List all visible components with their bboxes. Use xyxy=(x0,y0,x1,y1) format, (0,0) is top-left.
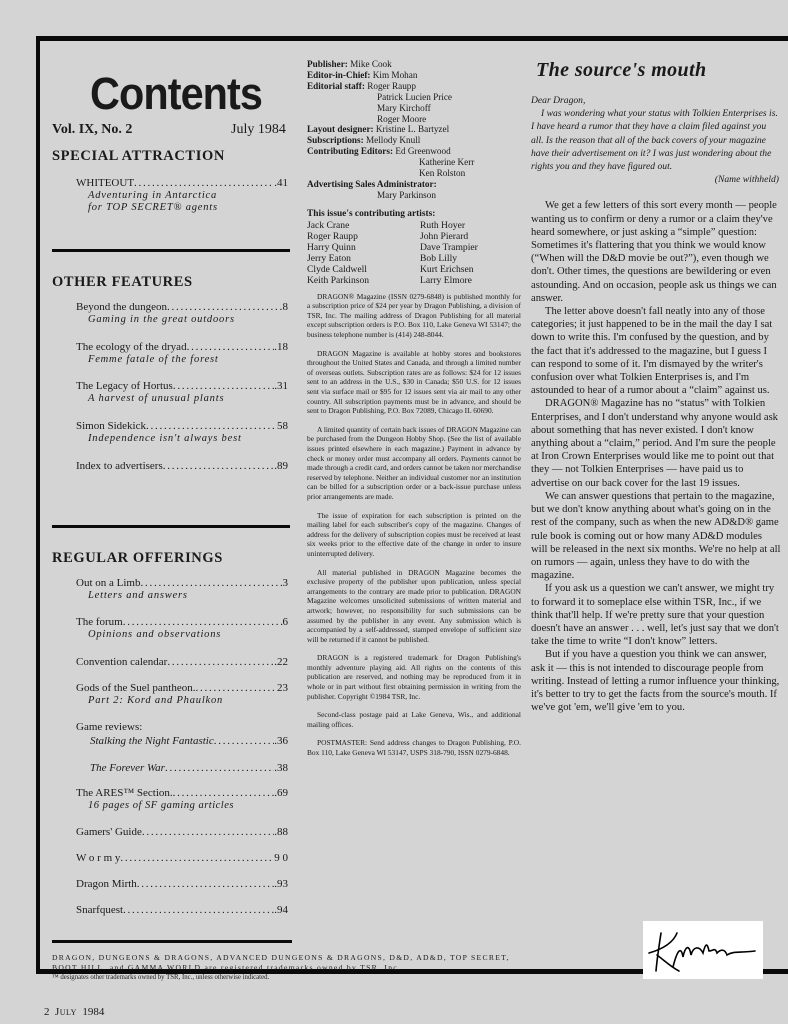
contrib-name: Katherine Kerr xyxy=(307,157,521,168)
staff-name: Roger Raupp xyxy=(367,81,416,91)
editor-name: Kim Mohan xyxy=(373,70,418,80)
toc-page: 23 xyxy=(277,682,288,694)
letter-body: I was wondering what your status with To… xyxy=(531,107,781,173)
leader-dots xyxy=(165,762,274,774)
toc-title: Gamers' Guide xyxy=(76,826,142,838)
leader-dots xyxy=(167,301,282,313)
copyright-info: DRAGON is a registered trademark for Dra… xyxy=(307,653,521,701)
postage-info: Second-class postage paid at Lake Geneva… xyxy=(307,710,521,729)
toc-entry[interactable]: The ARES™ Section..69 16 pages of SF gam… xyxy=(76,787,288,811)
toc-page: .38 xyxy=(274,762,288,774)
artist-name: Clyde Caldwell xyxy=(307,264,420,275)
section-divider xyxy=(52,940,292,943)
toc-subtitle: A harvest of unusual plants xyxy=(76,393,288,404)
toc-title: Snarfquest xyxy=(76,904,123,916)
ads-name: Mary Parkinson xyxy=(307,190,521,201)
toc-title: Index to advertisers xyxy=(76,460,163,472)
leader-dots xyxy=(134,177,274,189)
artist-name: Bob Lilly xyxy=(420,253,520,264)
toc-title: The ecology of the dryad xyxy=(76,341,187,353)
leader-dots xyxy=(195,682,277,694)
toc-title: The ARES™ Section. xyxy=(76,787,173,799)
toc-title: The Legacy of Hortus xyxy=(76,380,173,392)
contrib-name: Ken Rolston xyxy=(307,168,521,179)
toc-title: The Forever War xyxy=(76,762,165,774)
trademark-line: ™ designates other trademarks owned by T… xyxy=(52,973,522,983)
staff-name: Roger Moore xyxy=(307,114,521,125)
section-regular-offerings: REGULAR OFFERINGS xyxy=(52,550,223,567)
artist-name: Dave Trampier xyxy=(420,242,520,253)
volume-number: Vol. IX, No. 2 xyxy=(52,122,132,138)
toc-subtitle: Part 2: Kord and Phaulkon xyxy=(76,695,288,706)
issue-date: July 1984 xyxy=(231,122,286,138)
leader-dots xyxy=(146,420,277,432)
leader-dots xyxy=(173,380,274,392)
toc-page: .88 xyxy=(274,826,288,838)
toc-entry[interactable]: Out on a Limb3 Letters and answers xyxy=(76,577,288,601)
toc-page: 6 xyxy=(283,616,289,628)
toc-page: .69 xyxy=(274,787,288,799)
frame-top-rule xyxy=(36,36,788,41)
toc-entry[interactable]: Simon Sidekick58 Independence isn't alwa… xyxy=(76,420,288,444)
toc-entry[interactable]: Gamers' Guide.88 xyxy=(76,826,288,838)
reply-paragraph: The letter above doesn't fall neatly int… xyxy=(531,305,781,397)
leader-dots xyxy=(214,735,275,747)
artist-name: Ruth Hoyer xyxy=(420,220,520,231)
contrib-name: Ed Greenwood xyxy=(395,146,450,156)
subscription-info: DRAGON Magazine is available at hobby st… xyxy=(307,349,521,416)
section-divider xyxy=(52,249,290,252)
toc-title: W o r m y xyxy=(76,852,120,864)
staff-name: Patrick Lucien Price xyxy=(307,92,521,103)
contrib-label: Contributing Editors: xyxy=(307,146,393,156)
toc-subtitle: Gaming in the great outdoors xyxy=(76,314,288,325)
toc-entry-whiteout[interactable]: WHITEOUT.41 Adventuring in Antarctica fo… xyxy=(76,177,288,213)
artist-name: Kurt Erichsen xyxy=(420,264,520,275)
toc-entry[interactable]: Dragon Mirth.93 xyxy=(76,878,288,890)
trademark-line: DRAGON, DUNGEONS & DRAGONS, ADVANCED DUN… xyxy=(52,953,522,973)
publisher-label: Publisher: xyxy=(307,59,348,69)
toc-entry[interactable]: W o r m y9 0 xyxy=(76,852,288,864)
reply-paragraph: DRAGON® Magazine has no “status” with To… xyxy=(531,397,781,489)
leader-dots xyxy=(123,904,274,916)
toc-subtitle: Femme fatale of the forest xyxy=(76,354,288,365)
reader-letter: Dear Dragon, I was wondering what your s… xyxy=(531,94,781,186)
toc-page: .41 xyxy=(274,177,288,189)
frame-left-rule xyxy=(36,36,40,974)
leader-dots xyxy=(173,787,275,799)
toc-page: 8 xyxy=(283,301,289,313)
toc-page: 58 xyxy=(277,420,288,432)
subscriptions-name: Mellody Knull xyxy=(366,135,420,145)
page-number: 2 xyxy=(44,1006,50,1018)
page-title: Contents xyxy=(90,68,262,120)
toc-subtitle: Adventuring in Antarctica xyxy=(76,190,288,201)
editor-signature-image xyxy=(643,921,763,979)
toc-entry[interactable]: The forum6 Opinions and observations xyxy=(76,616,288,640)
toc-subtitle: Opinions and observations xyxy=(76,629,288,640)
toc-entry[interactable]: The ecology of the dryad.18 Femme fatale… xyxy=(76,341,288,365)
masthead: Publisher: Mike Cook Editor-in-Chief: Ki… xyxy=(307,59,521,765)
folio-month: July xyxy=(55,1006,77,1018)
editor-label: Editor-in-Chief: xyxy=(307,70,370,80)
toc-entry[interactable]: Snarfquest.94 xyxy=(76,904,288,916)
toc-title: Game reviews: xyxy=(76,721,142,733)
toc-entry[interactable]: The Legacy of Hortus.31 A harvest of unu… xyxy=(76,380,288,404)
reply-paragraph: We get a few letters of this sort every … xyxy=(531,199,781,305)
toc-entry[interactable]: The Forever War.38 xyxy=(76,762,288,774)
artist-name: Harry Quinn xyxy=(307,242,420,253)
section-divider xyxy=(52,525,290,528)
toc-entry[interactable]: Beyond the dungeon8 Gaming in the great … xyxy=(76,301,288,325)
letter-signature: (Name withheld) xyxy=(531,173,781,186)
artist-name: Jerry Eaton xyxy=(307,253,420,264)
toc-title: WHITEOUT xyxy=(76,177,134,189)
toc-title: Stalking the Night Fantastic xyxy=(76,735,214,747)
publication-info: DRAGON® Magazine (ISSN 0279-6848) is pub… xyxy=(307,292,521,340)
expiration-info: The issue of expiration for each subscri… xyxy=(307,511,521,559)
artist-name: Larry Elmore xyxy=(420,275,520,286)
artist-name: Keith Parkinson xyxy=(307,275,420,286)
toc-subtitle: for TOP SECRET® agents xyxy=(76,202,288,213)
toc-title: Convention calendar xyxy=(76,656,167,668)
toc-page: .22 xyxy=(274,656,288,668)
leader-dots xyxy=(140,577,282,589)
submissions-info: All material published in DRAGON Magazin… xyxy=(307,568,521,645)
artist-name: Jack Crane xyxy=(307,220,420,231)
toc-entry[interactable]: Stalking the Night Fantastic.36 xyxy=(76,735,288,747)
toc-page: 9 0 xyxy=(274,852,288,864)
toc-subtitle: 16 pages of SF gaming articles xyxy=(76,800,288,811)
subscriptions-label: Subscriptions: xyxy=(307,135,364,145)
toc-title: Dragon Mirth xyxy=(76,878,137,890)
reply-paragraph: We can answer questions that pertain to … xyxy=(531,490,781,582)
leader-dots xyxy=(123,616,283,628)
section-other-features: OTHER FEATURES xyxy=(52,274,193,291)
layout-name: Kristine L. Bartyzel xyxy=(376,124,449,134)
toc-page: .94 xyxy=(274,904,288,916)
toc-title: The forum xyxy=(76,616,123,628)
toc-title: Gods of the Suel pantheon. xyxy=(76,682,195,694)
leader-dots xyxy=(187,341,275,353)
leader-dots xyxy=(163,460,275,472)
reply-paragraph: But if you have a question you think we … xyxy=(531,648,781,714)
toc-title: Out on a Limb xyxy=(76,577,140,589)
artist-name: John Pierard xyxy=(420,231,520,242)
leader-dots xyxy=(167,656,274,668)
page-folio: 2 July 1984 xyxy=(44,1006,104,1018)
signature-icon xyxy=(643,921,763,979)
folio-year: 1984 xyxy=(82,1006,104,1018)
section-special-attraction: SPECIAL ATTRACTION xyxy=(52,148,225,165)
toc-page: .18 xyxy=(274,341,288,353)
postmaster-info: POSTMASTER: Send address changes to Drag… xyxy=(307,738,521,757)
letter-salutation: Dear Dragon, xyxy=(531,94,781,107)
toc-entry-game-reviews: Game reviews: xyxy=(76,721,288,733)
artist-name: Roger Raupp xyxy=(307,231,420,242)
editorial-title: The source's mouth xyxy=(536,59,781,82)
toc-page: 3 xyxy=(283,577,289,589)
toc-subtitle: Independence isn't always best xyxy=(76,433,288,444)
trademark-notice: DRAGON, DUNGEONS & DRAGONS, ADVANCED DUN… xyxy=(52,953,522,983)
artists-list: Jack Crane Ruth Hoyer Roger Raupp John P… xyxy=(307,220,521,286)
artists-heading: This issue's contributing artists: xyxy=(307,209,521,220)
back-issues-info: A limited quantity of certain back issue… xyxy=(307,425,521,502)
publisher-name: Mike Cook xyxy=(350,59,392,69)
toc-title: Simon Sidekick xyxy=(76,420,146,432)
toc-page: .89 xyxy=(274,460,288,472)
toc-subtitle: Letters and answers xyxy=(76,590,288,601)
leader-dots xyxy=(137,878,274,890)
toc-entry[interactable]: Index to advertisers.89 xyxy=(76,460,288,472)
leader-dots xyxy=(120,852,274,864)
toc-entry[interactable]: Gods of the Suel pantheon.23 Part 2: Kor… xyxy=(76,682,288,706)
toc-entry[interactable]: Convention calendar.22 xyxy=(76,656,288,668)
editorial: The source's mouth Dear Dragon, I was wo… xyxy=(531,59,781,714)
staff-label: Editorial staff: xyxy=(307,81,365,91)
layout-label: Layout designer: xyxy=(307,124,374,134)
toc-page: .93 xyxy=(274,878,288,890)
ads-label: Advertising Sales Administrator: xyxy=(307,179,437,189)
toc-page: .31 xyxy=(274,380,288,392)
editor-reply: We get a few letters of this sort every … xyxy=(531,199,781,714)
toc-title: Beyond the dungeon xyxy=(76,301,167,313)
staff-name: Mary Kirchoff xyxy=(307,103,521,114)
toc-page: .36 xyxy=(274,735,288,747)
reply-paragraph: If you ask us a question we can't answer… xyxy=(531,582,781,648)
leader-dots xyxy=(142,826,274,838)
